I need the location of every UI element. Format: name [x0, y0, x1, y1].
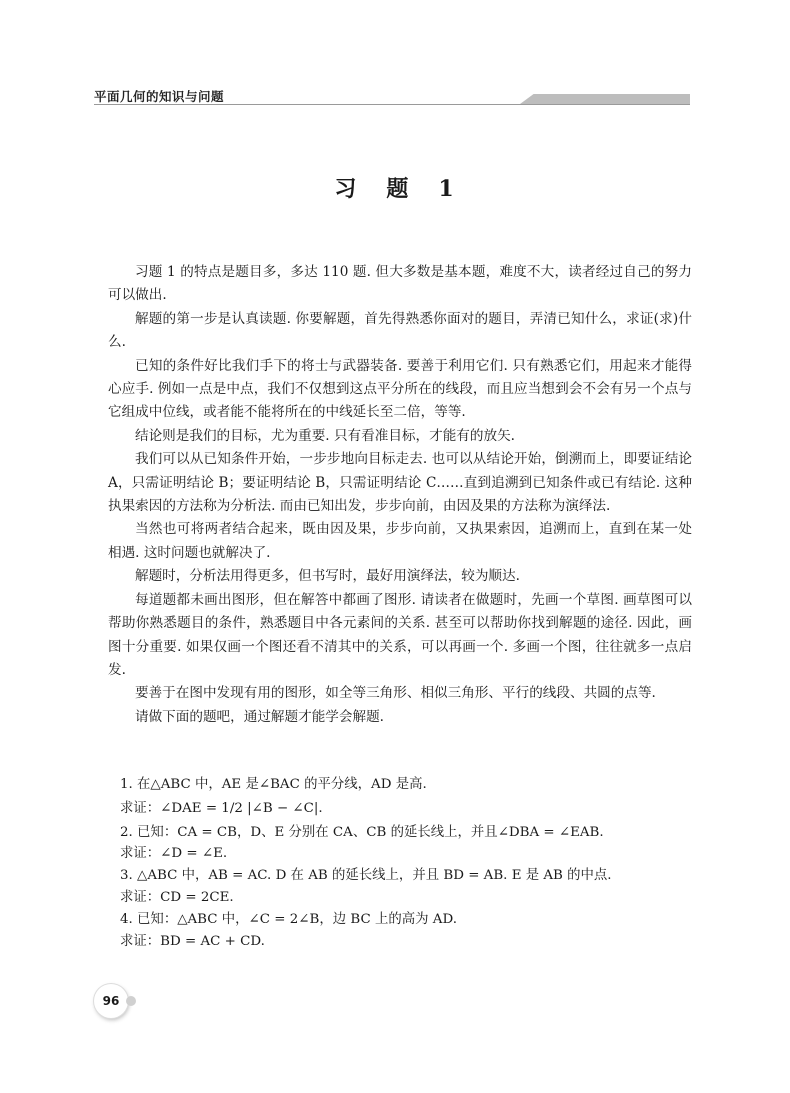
running-header: 平面几何的知识与问题: [94, 84, 690, 106]
intro-text: 习题 1 的特点是题目多，多达 110 题. 但大多数是基本题，难度不大，读者经…: [108, 261, 692, 729]
problem-3-statement: 3. △ABC 中，AB = AC. D 在 AB 的延长线上，并且 BD = …: [120, 865, 680, 887]
problem-2-statement: 2. 已知：CA = CB，D、E 分别在 CA、CB 的延长线上，并且∠DBA…: [120, 822, 680, 844]
paragraph: 当然也可将两者结合起来，既由因及果，步步向前，又执果索因，追溯而上，直到在某一处…: [108, 518, 692, 565]
header-decoration-bar: [520, 94, 690, 104]
problem-3-prove: 求证：CD = 2CE.: [120, 887, 680, 909]
paragraph: 解题时，分析法用得更多，但书写时，最好用演绎法，较为顺达.: [108, 565, 692, 588]
title-part: 题: [386, 176, 410, 202]
problem-list: 1. 在△ABC 中，AE 是∠BAC 的平分线，AD 是高. 求证：∠DAE …: [120, 774, 680, 952]
page-number-dot: [126, 996, 136, 1006]
problem-2-prove: 求证：∠D = ∠E.: [120, 843, 680, 865]
problem-4-statement: 4. 已知：△ABC 中，∠C = 2∠B，边 BC 上的高为 AD.: [120, 909, 680, 931]
paragraph: 每道题都未画出图形，但在解答中都画了图形. 请读者在做题时，先画一个草图. 画草…: [108, 589, 692, 683]
problem-1-statement: 1. 在△ABC 中，AE 是∠BAC 的平分线，AD 是高.: [120, 774, 680, 796]
title-part: 1: [438, 176, 455, 202]
header-rule: [94, 104, 690, 105]
title-part: 习: [334, 176, 358, 202]
paragraph: 已知的条件好比我们手下的将士与武器装备. 要善于利用它们. 只有熟悉它们，用起来…: [108, 355, 692, 425]
problem-4-prove: 求证：BD = AC + CD.: [120, 931, 680, 953]
paragraph: 我们可以从已知条件开始，一步步地向目标走去. 也可以从结论开始，倒溯而上，即要证…: [108, 448, 692, 518]
paragraph: 结论则是我们的目标，尤为重要. 只有看准目标，才能有的放矢.: [108, 425, 692, 448]
problem-1-prove: 求证：∠DAE = 1/2 |∠B − ∠C|.: [120, 798, 680, 820]
running-title: 平面几何的知识与问题: [94, 87, 224, 105]
paragraph: 要善于在图中发现有用的图形，如全等三角形、相似三角形、平行的线段、共圆的点等.: [108, 682, 692, 705]
paragraph: 请做下面的题吧，通过解题才能学会解题.: [108, 706, 692, 729]
page-number: 96: [94, 984, 128, 1018]
paragraph: 解题的第一步是认真读题. 你要解题，首先得熟悉你面对的题目，弄清已知什么，求证(…: [108, 308, 692, 355]
section-title: 习题1: [0, 172, 790, 203]
paragraph: 习题 1 的特点是题目多，多达 110 题. 但大多数是基本题，难度不大，读者经…: [108, 261, 692, 308]
